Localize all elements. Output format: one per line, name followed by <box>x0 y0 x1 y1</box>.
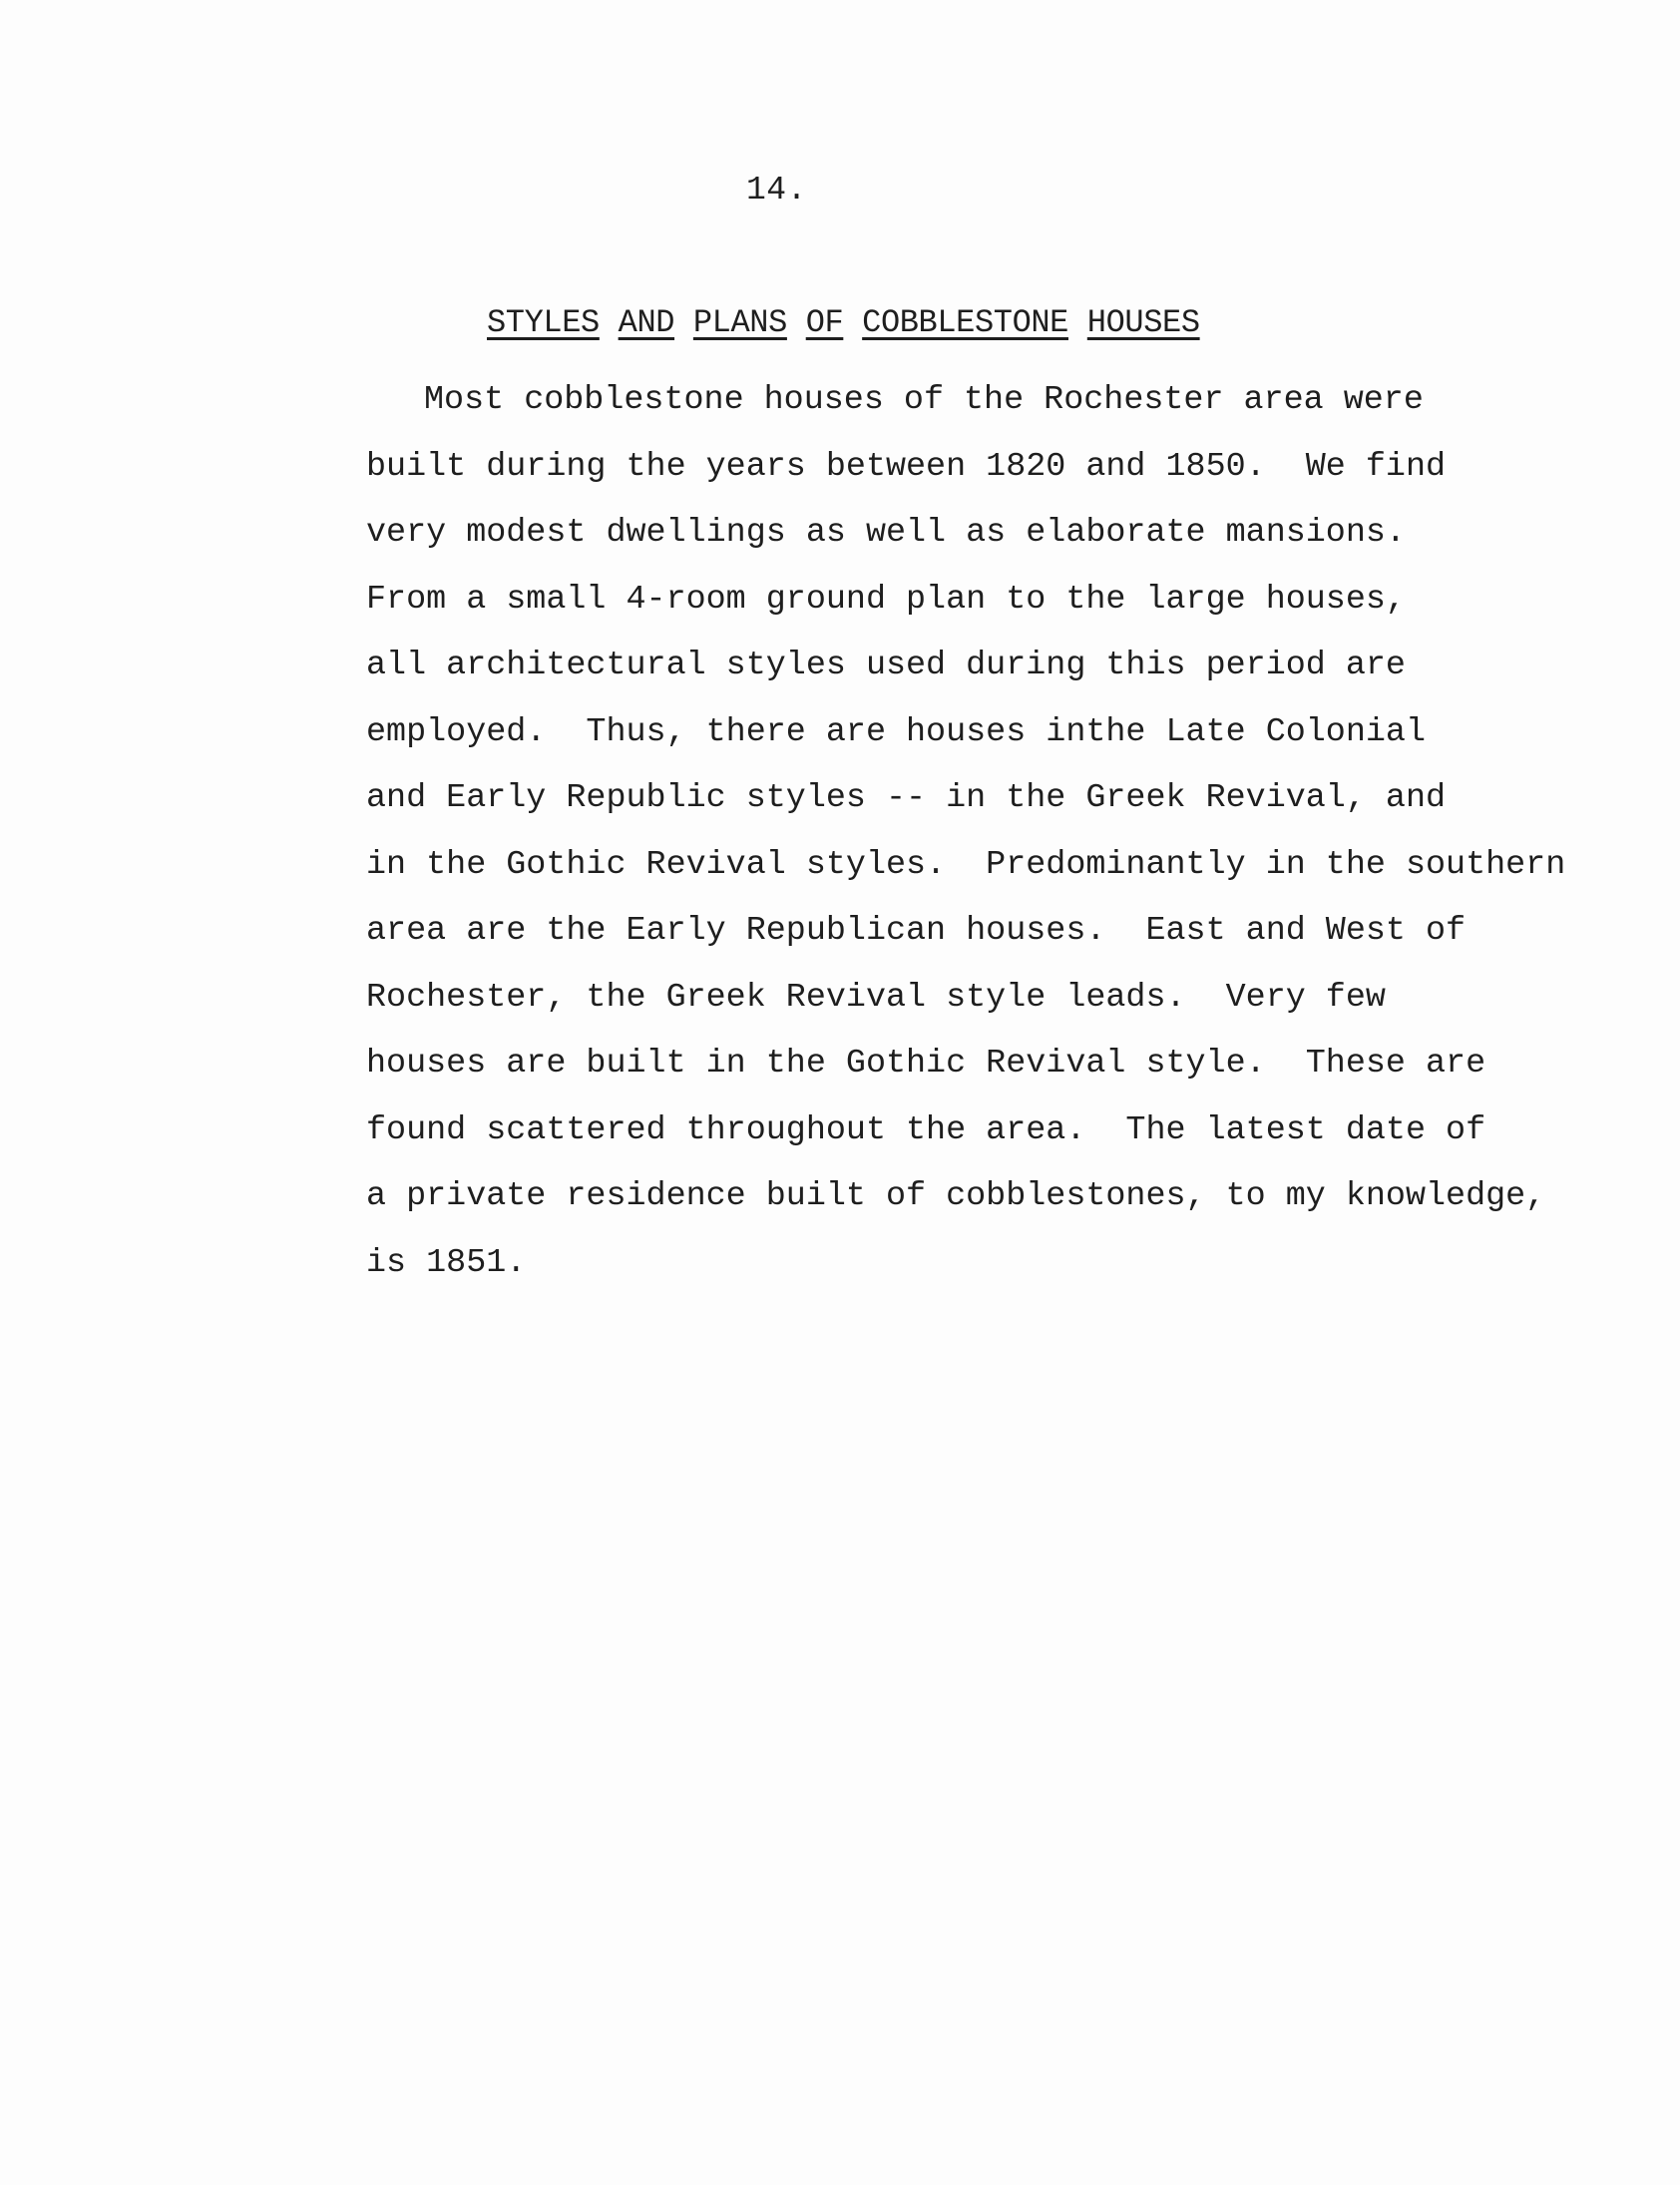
body-paragraph: Most cobblestone houses of the Rochester… <box>366 367 1663 1296</box>
title-word: STYLES <box>487 304 600 341</box>
page-number: 14. <box>746 172 807 209</box>
body-line: very modest dwellings as well as elabora… <box>366 500 1663 567</box>
body-line: houses are built in the Gothic Revival s… <box>366 1031 1663 1097</box>
body-line: is 1851. <box>366 1230 1663 1297</box>
body-line: all architectural styles used during thi… <box>366 633 1663 699</box>
body-line: and Early Republic styles -- in the Gree… <box>366 765 1663 832</box>
body-line: employed. Thus, there are houses inthe L… <box>366 699 1663 766</box>
body-line: Most cobblestone houses of the Rochester… <box>366 367 1663 434</box>
body-line: From a small 4-room ground plan to the l… <box>366 567 1663 634</box>
body-line: Rochester, the Greek Revival style leads… <box>366 965 1663 1032</box>
body-line: built during the years between 1820 and … <box>366 434 1663 501</box>
title-word: COBBLESTONE <box>862 304 1068 341</box>
title-word: PLANS <box>693 304 787 341</box>
body-line: a private residence built of cobblestone… <box>366 1163 1663 1230</box>
section-title: STYLES AND PLANS OF COBBLESTONE HOUSES <box>487 304 1200 341</box>
body-line: area are the Early Republican houses. Ea… <box>366 898 1663 965</box>
body-line: found scattered throughout the area. The… <box>366 1097 1663 1164</box>
body-line: in the Gothic Revival styles. Predominan… <box>366 832 1663 899</box>
title-word: HOUSES <box>1087 304 1200 341</box>
title-word: OF <box>806 304 844 341</box>
title-word: AND <box>619 304 674 341</box>
